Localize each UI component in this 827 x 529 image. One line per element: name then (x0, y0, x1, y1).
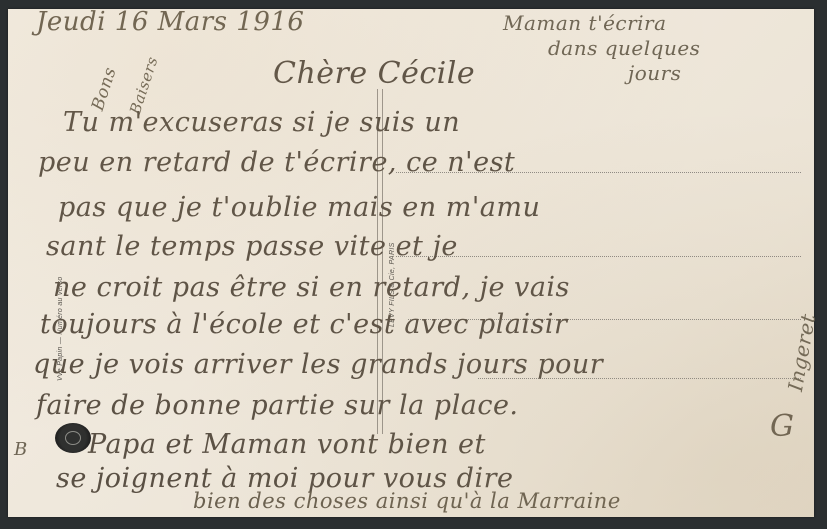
body-line-4: sant le temps passe vite et je (46, 231, 458, 262)
body-line-5: ne croit pas être si en retard, je vais (53, 272, 570, 303)
body-line-3: pas que je t'oublie mais en m'amu (58, 192, 540, 223)
margin-mark-left: B (14, 439, 28, 460)
margin-note-bons: Bons (88, 65, 121, 113)
body-line-6: toujours à l'école et c'est avec plaisir (40, 309, 567, 340)
note-top-right-line-2: dans quelques (548, 36, 700, 60)
publisher-logo-icon (55, 423, 91, 453)
scan-background: Vve Papin — Numéro au verso LÉVY FILS & … (0, 0, 827, 529)
date: Jeudi 16 Mars 1916 (36, 7, 304, 37)
body-line-1: Tu m'excuseras si je suis un (63, 107, 460, 138)
body-line-9: Papa et Maman vont bien et (88, 429, 486, 460)
postcard: Vve Papin — Numéro au verso LÉVY FILS & … (8, 9, 814, 517)
body-line-7: que je vois arriver les grands jours pou… (33, 349, 603, 380)
signature-vertical: Ingeret (783, 312, 820, 393)
salutation: Chère Cécile (273, 56, 475, 91)
body-line-2: peu en retard de t'écrire, ce n'est (38, 147, 515, 178)
signature-initial: G (770, 409, 794, 444)
note-top-right-line-1: Maman t'écrira (503, 11, 667, 35)
body-line-11: bien des choses ainsi qu'à la Marraine (193, 489, 621, 513)
body-line-8: faire de bonne partie sur la place. (36, 390, 519, 421)
note-top-right-line-3: jours (628, 61, 681, 85)
